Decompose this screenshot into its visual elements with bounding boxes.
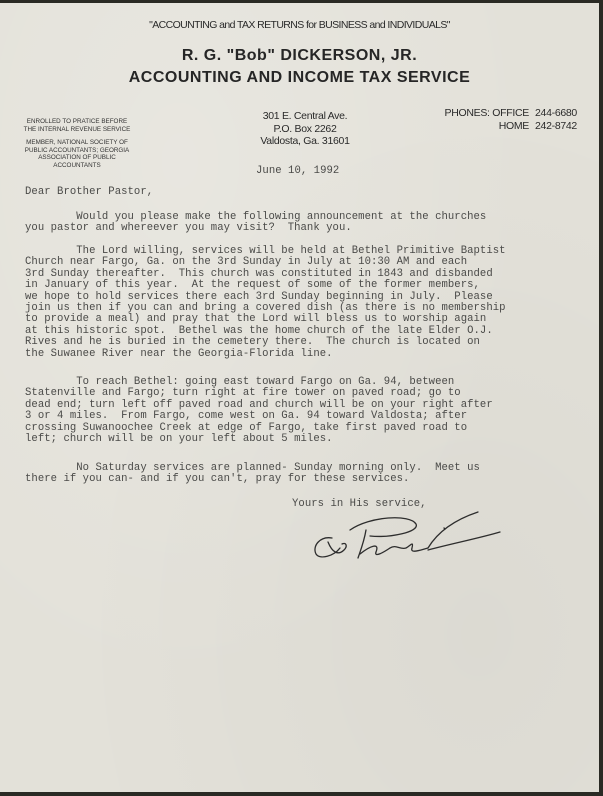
letter-paragraph: To reach Bethel: going east toward Fargo… <box>25 377 585 445</box>
letterhead-name: R. G. "Bob" DICKERSON, JR. <box>0 47 599 65</box>
phone-number: 244-6680 <box>535 107 595 120</box>
letter-salutation: Dear Brother Pastor, <box>25 186 153 198</box>
credential-line: ENROLLED TO PRATICE BEFORE <box>18 118 136 126</box>
address-line: P.O. Box 2262 <box>250 123 360 136</box>
letter-paragraph: The Lord willing, services will be held … <box>25 246 585 360</box>
letterhead-phones: PHONES: OFFICE 244-6680 HOME 242-8742 <box>425 107 595 132</box>
letterhead-credentials: ENROLLED TO PRATICE BEFORE THE INTERNAL … <box>18 118 136 169</box>
letterhead-service: ACCOUNTING AND INCOME TAX SERVICE <box>0 69 599 87</box>
letter-date: June 10, 1992 <box>256 165 339 177</box>
letter-page: "ACCOUNTING and TAX RETURNS for BUSINESS… <box>0 3 599 792</box>
phone-number: 242-8742 <box>535 120 595 133</box>
credential-line: THE INTERNAL REVENUE SERVICE <box>18 126 136 134</box>
phone-label: HOME <box>499 120 529 133</box>
signature-icon <box>310 508 510 568</box>
phone-home: HOME 242-8742 <box>425 120 595 133</box>
letter-paragraph: Would you please make the following anno… <box>25 212 585 235</box>
letterhead-address: 301 E. Central Ave. P.O. Box 2262 Valdos… <box>250 110 360 148</box>
phone-label: PHONES: OFFICE <box>445 107 529 120</box>
letterhead-tagline: "ACCOUNTING and TAX RETURNS for BUSINESS… <box>0 19 599 31</box>
membership-line: ASSOCIATION OF PUBLIC <box>18 154 136 162</box>
membership-line: PUBLIC ACCOUNTANTS; GEORGIA <box>18 147 136 155</box>
membership-line: MEMBER, NATIONAL SOCIETY OF <box>18 139 136 147</box>
phone-office: PHONES: OFFICE 244-6680 <box>425 107 595 120</box>
letter-paragraph: No Saturday services are planned- Sunday… <box>25 463 585 486</box>
membership-line: ACCOUNTANTS <box>18 162 136 170</box>
address-line: Valdosta, Ga. 31601 <box>250 135 360 148</box>
address-line: 301 E. Central Ave. <box>250 110 360 123</box>
